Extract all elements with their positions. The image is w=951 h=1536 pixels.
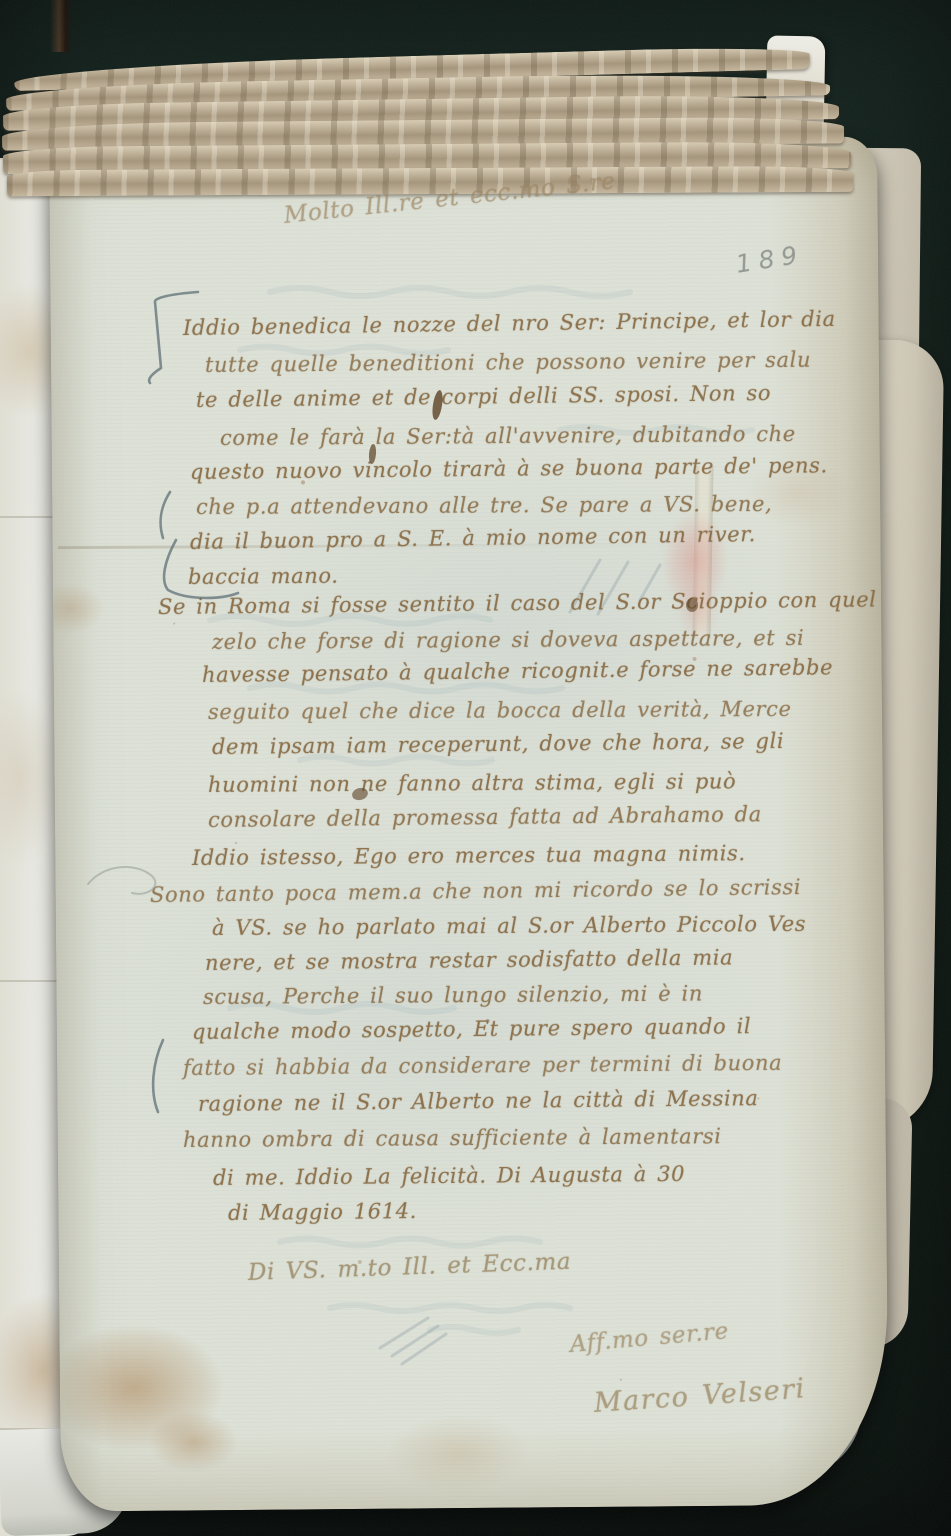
body-line: seguito quel che dice la bocca della ver… — [208, 697, 792, 724]
body-line: di me. Iddio La felicità. Di Augusta à 3… — [213, 1162, 685, 1190]
body-line: huomini non ne fanno altra stima, egli s… — [208, 769, 736, 797]
body-line: hanno ombra di causa sufficiente à lamen… — [183, 1124, 722, 1152]
archive-photo: Molto Ill.re et ecc.mo S.re 189 Iddio be… — [0, 0, 951, 1536]
body-line: che p.a attendevano alle tre. Se pare a … — [196, 492, 772, 519]
body-line: Iddio istesso, Ego ero merces tua magna … — [192, 841, 746, 870]
body-line: scusa, Perche il suo lungo silenzio, mi … — [203, 982, 703, 1009]
body-line: come le farà la Ser:tà all'avvenire, dub… — [220, 422, 796, 450]
body-line: à VS. se ho parlato mai al S.or Alberto … — [212, 912, 806, 940]
body-line: di Maggio 1614. — [228, 1199, 417, 1225]
binding-spine-edge — [50, 0, 76, 52]
body-line: baccia mano. — [188, 564, 339, 589]
body-line: zelo che forse di ragione si doveva aspe… — [212, 626, 804, 654]
ink-blot — [686, 598, 698, 612]
